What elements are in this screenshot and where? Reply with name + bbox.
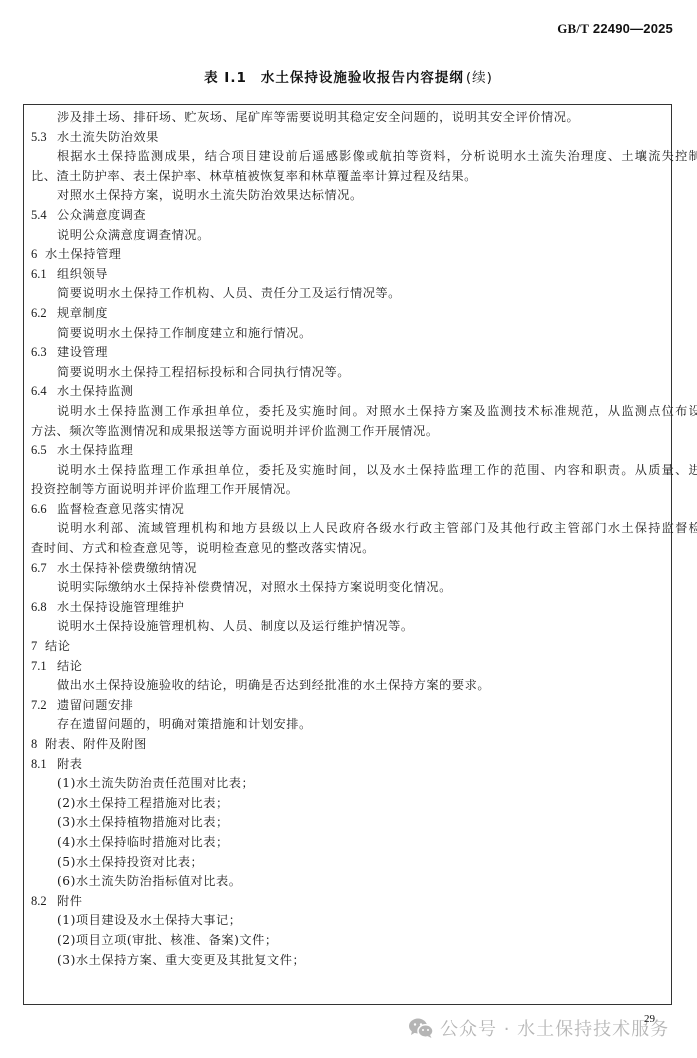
section-title: 建设管理 [57,345,108,359]
wechat-icon [408,1017,434,1039]
paragraph-line: 简要说明水土保持工作机构、人员、责任分工及运行情况等。 [24,284,671,304]
paragraph-line: 说明水利部、流域管理机构和地方县级以上人民政府各级水行政主管部门及其他行政主管部… [24,519,671,539]
paragraph-line: 对照水土保持方案，说明水土流失防治效果达标情况。 [24,186,671,206]
section-number: 8.2 [31,892,57,912]
standard-code: 22490—2025 [593,21,673,36]
section-number: 5.4 [31,206,57,226]
table-number: 表 I.1 [204,70,247,86]
subsection-heading: 6.7水土保持补偿费缴纳情况 [24,559,671,579]
section-title: 结论 [57,659,82,673]
section-number: 6.6 [31,500,57,520]
table-title: 表 I.1水土保持设施验收报告内容提纲(续) [0,66,697,86]
subsection-heading: 6.4水土保持监测 [24,382,671,402]
paragraph-line: 简要说明水土保持工作制度建立和施行情况。 [24,324,671,344]
paragraph-line: (2)项目立项(审批、核准、备案)文件； [24,931,671,951]
paragraph-line: 简要说明水土保持工程招标投标和合同执行情况等。 [24,363,671,383]
section-title: 组织领导 [57,267,108,281]
subsection-heading: 6.2规章制度 [24,304,671,324]
subsection-heading: 5.3水土流失防治效果 [24,128,671,148]
section-title: 规章制度 [57,306,108,320]
section-title: 水土保持管理 [45,247,121,261]
subsection-heading: 6.5水土保持监理 [24,441,671,461]
section-number: 6.5 [31,441,57,461]
section-number: 8.1 [31,755,57,775]
subsection-heading: 5.4公众满意度调查 [24,206,671,226]
section-title: 遗留问题安排 [57,698,133,712]
section-number: 8 [31,735,45,755]
page-number: 29 [644,1013,655,1025]
subsection-heading: 6.8水土保持设施管理维护 [24,598,671,618]
paragraph-line: (2)水土保持工程措施对比表； [24,794,671,814]
section-number: 6.7 [31,559,57,579]
section-number: 7 [31,637,45,657]
subsection-heading: 6.6监督检查意见落实情况 [24,500,671,520]
section-title: 附件 [57,894,82,908]
paragraph-line: 说明水土保持监理工作承担单位，委托及实施时间，以及水土保持监理工作的范围、内容和… [24,461,671,481]
section-heading: 6水土保持管理 [24,245,671,265]
section-title: 水土保持设施管理维护 [57,600,184,614]
section-heading: 8附表、附件及附图 [24,735,671,755]
table-title-text: 水土保持设施验收报告内容提纲 [261,70,464,86]
section-number: 7.1 [31,657,57,677]
section-number: 7.2 [31,696,57,716]
paragraph-line: (6)水土流失防治指标值对比表。 [24,872,671,892]
section-number: 6.2 [31,304,57,324]
paragraph-line: 涉及排土场、排矸场、贮灰场、尾矿库等需要说明其稳定安全问题的，说明其安全评价情况… [24,108,671,128]
section-number: 6.8 [31,598,57,618]
paragraph-continuation: 投资控制等方面说明并评价监理工作开展情况。 [24,480,671,500]
watermark: 公众号 · 水土保持技术服务 [408,1013,669,1043]
section-title: 水土保持监测 [57,384,133,398]
paragraph-line: 存在遗留问题的，明确对策措施和计划安排。 [24,715,671,735]
section-title: 监督检查意见落实情况 [57,502,184,516]
section-heading: 7结论 [24,637,671,657]
section-number: 5.3 [31,128,57,148]
section-title: 水土保持监理 [57,443,133,457]
paragraph-line: 说明水土保持监测工作承担单位，委托及实施时间。对照水土保持方案及监测技术标准规范… [24,402,671,422]
subsection-heading: 6.1组织领导 [24,265,671,285]
watermark-text: 公众号 · 水土保持技术服务 [440,1015,669,1041]
section-title: 水土流失防治效果 [57,130,159,144]
paragraph-line: (3)水土保持植物措施对比表； [24,813,671,833]
subsection-heading: 8.1附表 [24,755,671,775]
subsection-heading: 6.3建设管理 [24,343,671,363]
continued-label: (续) [466,70,493,86]
section-number: 6.3 [31,343,57,363]
outline-content: 涉及排土场、排矸场、贮灰场、尾矿库等需要说明其稳定安全问题的，说明其安全评价情况… [24,108,671,970]
paragraph-line: 说明水土保持设施管理机构、人员、制度以及运行维护情况等。 [24,617,671,637]
paragraph-line: (1)项目建设及水土保持大事记； [24,911,671,931]
subsection-heading: 7.1结论 [24,657,671,677]
section-number: 6.1 [31,265,57,285]
standard-number: GB/T 22490—2025 [557,21,673,37]
section-number: 6.4 [31,382,57,402]
paragraph-continuation: 比、渣土防护率、表土保护率、林草植被恢复率和林草覆盖率计算过程及结果。 [24,167,671,187]
subsection-heading: 7.2遗留问题安排 [24,696,671,716]
section-title: 公众满意度调查 [57,208,146,222]
paragraph-line: (4)水土保持临时措施对比表； [24,833,671,853]
outline-table-box: 涉及排土场、排矸场、贮灰场、尾矿库等需要说明其稳定安全问题的，说明其安全评价情况… [23,104,672,1005]
paragraph-line: 说明实际缴纳水土保持补偿费情况，对照水土保持方案说明变化情况。 [24,578,671,598]
paragraph-line: (5)水土保持投资对比表； [24,853,671,873]
section-title: 水土保持补偿费缴纳情况 [57,561,197,575]
section-number: 6 [31,245,45,265]
section-title: 附表、附件及附图 [45,737,147,751]
paragraph-line: 做出水土保持设施验收的结论，明确是否达到经批准的水土保持方案的要求。 [24,676,671,696]
paragraph-line: (3)水土保持方案、重大变更及其批复文件； [24,951,671,971]
section-title: 附表 [57,757,82,771]
paragraph-continuation: 查时间、方式和检查意见等，说明检查意见的整改落实情况。 [24,539,671,559]
paragraph-line: 根据水土保持监测成果，结合项目建设前后遥感影像或航拍等资料，分析说明水土流失治理… [24,147,671,167]
section-title: 结论 [45,639,70,653]
subsection-heading: 8.2附件 [24,892,671,912]
paragraph-line: 说明公众满意度调查情况。 [24,226,671,246]
paragraph-line: (1)水土流失防治责任范围对比表； [24,774,671,794]
paragraph-continuation: 方法、频次等监测情况和成果报送等方面说明并评价监测工作开展情况。 [24,422,671,442]
standard-prefix: GB/T [557,21,589,36]
